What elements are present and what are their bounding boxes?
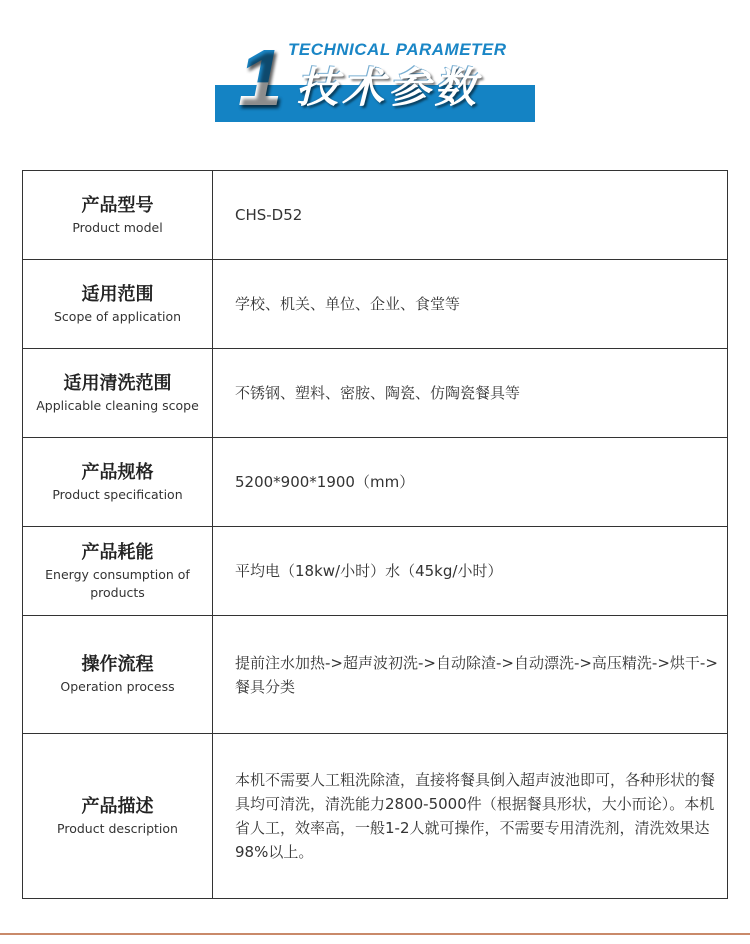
label-cn: 产品耗能 — [23, 541, 212, 565]
table-row-product-model: 产品型号 Product model CHS-D52 — [23, 171, 728, 260]
label-cn: 操作流程 — [23, 653, 212, 677]
footer-divider — [0, 933, 750, 935]
label-cn: 适用清洗范围 — [23, 372, 212, 396]
row-value: 不锈钢、塑料、密胺、陶瓷、仿陶瓷餐具等 — [213, 349, 728, 438]
label-cn: 产品规格 — [23, 461, 212, 485]
label-en: Scope of application — [23, 308, 212, 326]
row-value: 5200*900*1900（mm） — [213, 438, 728, 527]
table-row-specification: 产品规格 Product specification 5200*900*1900… — [23, 438, 728, 527]
table-row-description: 产品描述 Product description 本机不需要人工粗洗除渣，直接将… — [23, 734, 728, 899]
row-value: 本机不需要人工粗洗除渣，直接将餐具倒入超声波池即可，各种形状的餐具均可清洗，清洗… — [213, 734, 728, 899]
label-en: Energy consumption of products — [23, 566, 212, 602]
label-en: Product model — [23, 219, 212, 237]
spec-table: 产品型号 Product model CHS-D52 适用范围 Scope of… — [22, 170, 728, 899]
table-row-energy: 产品耗能 Energy consumption of products 平均电（… — [23, 527, 728, 616]
label-en: Product specification — [23, 486, 212, 504]
section-title-en: TECHNICAL PARAMETER — [288, 40, 507, 60]
table-row-scope: 适用范围 Scope of application 学校、机关、单位、企业、食堂… — [23, 260, 728, 349]
row-label: 产品描述 Product description — [23, 734, 213, 899]
label-en: Applicable cleaning scope — [23, 397, 212, 415]
section-header: 1 1 TECHNICAL PARAMETER 技术参数 — [0, 0, 750, 140]
row-value: 提前注水加热->超声波初洗->自动除渣->自动漂洗->高压精洗->烘干->餐具分… — [213, 616, 728, 734]
table-row-operation: 操作流程 Operation process 提前注水加热->超声波初洗->自动… — [23, 616, 728, 734]
label-en: Operation process — [23, 678, 212, 696]
row-label: 产品耗能 Energy consumption of products — [23, 527, 213, 616]
row-label: 产品规格 Product specification — [23, 438, 213, 527]
section-number: 1 — [238, 38, 283, 118]
section-title-cn: 技术参数 — [296, 60, 480, 116]
row-value: 学校、机关、单位、企业、食堂等 — [213, 260, 728, 349]
label-cn: 产品型号 — [23, 194, 212, 218]
row-value: CHS-D52 — [213, 171, 728, 260]
row-label: 适用范围 Scope of application — [23, 260, 213, 349]
label-cn: 产品描述 — [23, 795, 212, 819]
row-label: 产品型号 Product model — [23, 171, 213, 260]
row-label: 操作流程 Operation process — [23, 616, 213, 734]
table-row-cleaning-scope: 适用清洗范围 Applicable cleaning scope 不锈钢、塑料、… — [23, 349, 728, 438]
row-label: 适用清洗范围 Applicable cleaning scope — [23, 349, 213, 438]
label-cn: 适用范围 — [23, 283, 212, 307]
row-value: 平均电（18kw/小时）水（45kg/小时） — [213, 527, 728, 616]
label-en: Product description — [23, 820, 212, 838]
